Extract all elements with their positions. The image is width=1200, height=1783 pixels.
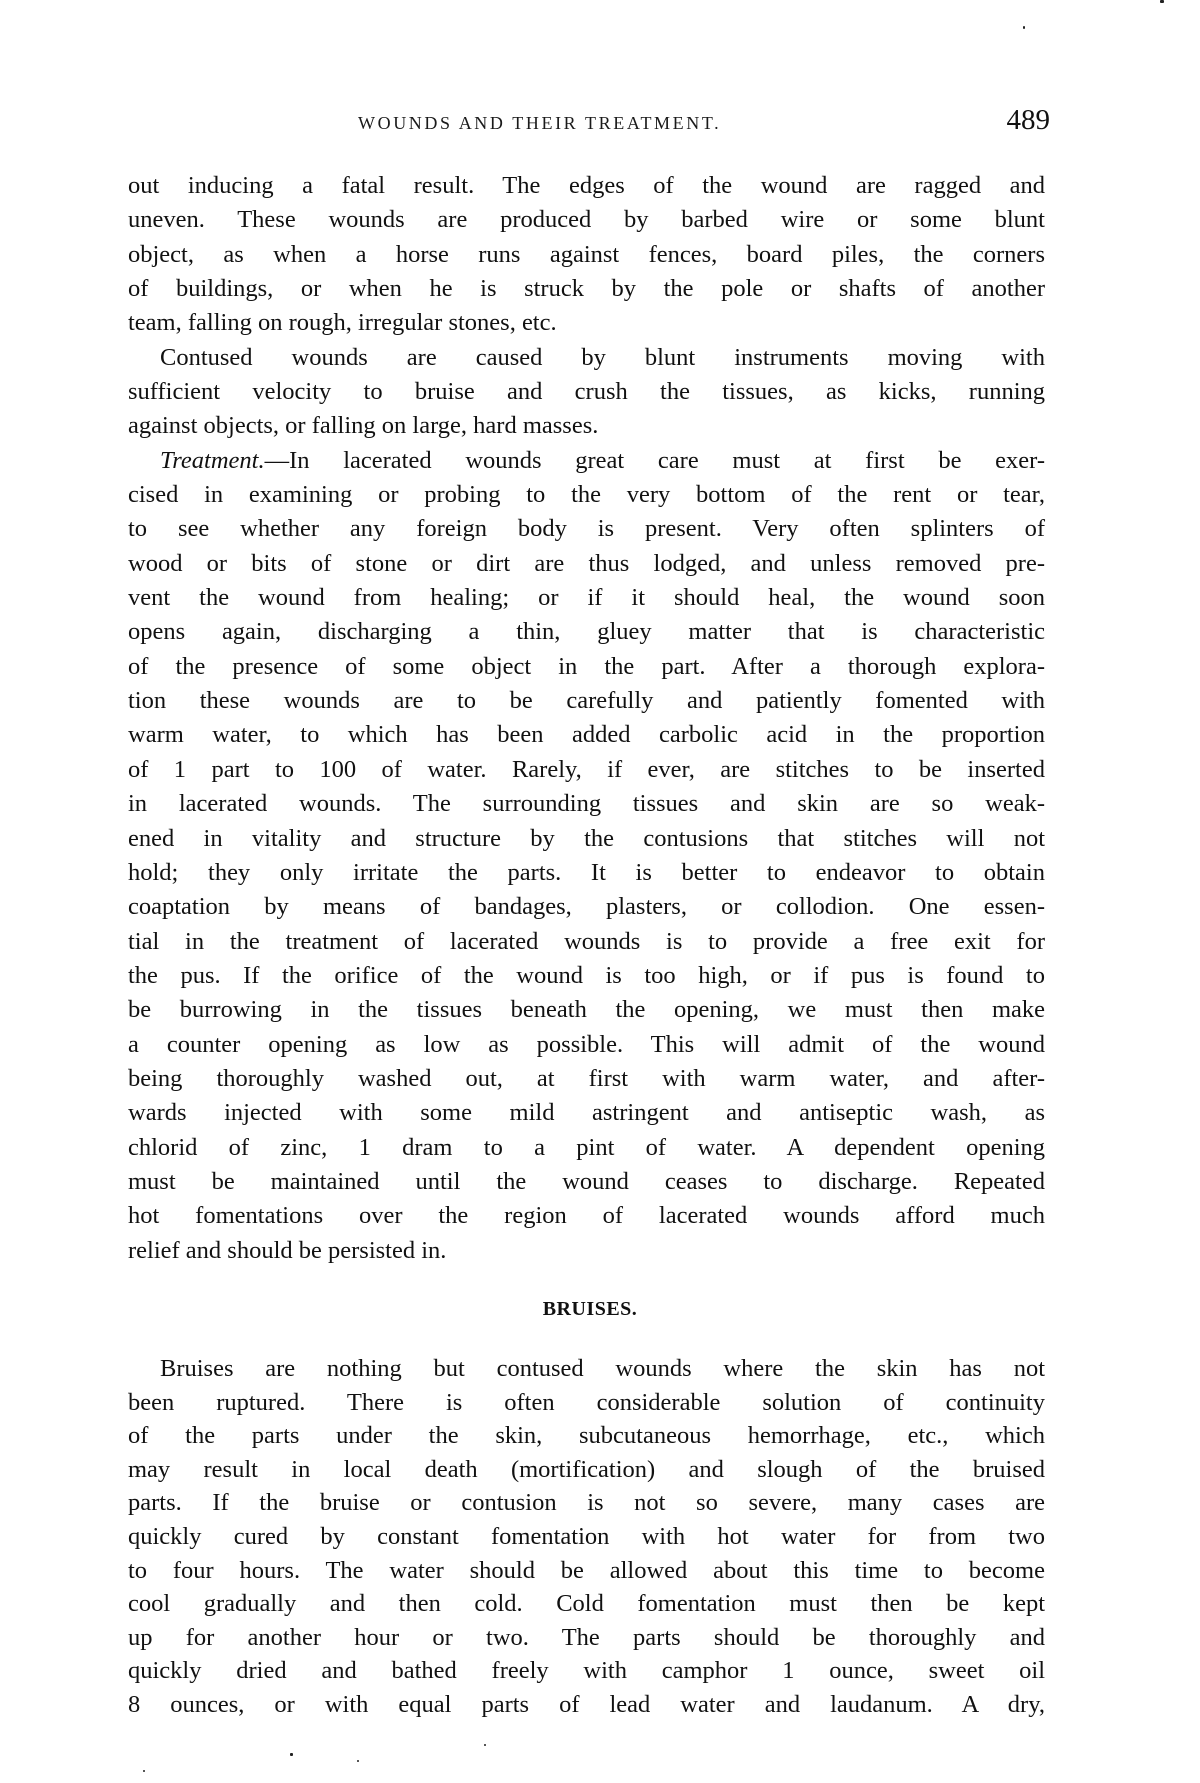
text-line: of buildings, or when he is struck by th… [128,272,1045,306]
text-line: cool gradually and then cold. Cold fomen… [128,1587,1045,1621]
text-line: uneven. These wounds are produced by bar… [128,203,1045,237]
scan-speck [143,1770,145,1772]
text-line: must be maintained until the wound cease… [128,1165,1045,1199]
section-heading-bruises: BRUISES. [500,1296,680,1322]
scan-speck [1160,0,1164,3]
treatment-italic-lead: Treatment. [160,447,265,474]
text-line: wards injected with some mild astringent… [128,1096,1045,1130]
text-line: out inducing a fatal result. The edges o… [128,169,1045,203]
text-line: quickly cured by constant fomentation wi… [128,1520,1045,1554]
text-line: 8 ounces, or with equal parts of lead wa… [128,1688,1045,1722]
text-line: tial in the treatment of lacerated wound… [128,925,1045,959]
text-line: up for another hour or two. The parts sh… [128,1621,1045,1655]
text-line: Bruises are nothing but contused wounds … [160,1352,1045,1386]
text-line: to four hours. The water should be allow… [128,1554,1045,1588]
text-line: of the parts under the skin, subcutaneou… [128,1419,1045,1453]
text-line: opens again, discharging a thin, gluey m… [128,615,1045,649]
running-header-title: Wounds and Their Treatment. [358,112,882,134]
scan-speck [290,1753,293,1756]
text-line: in lacerated wounds. The surrounding tis… [128,787,1045,821]
text-line: sufficient velocity to bruise and crush … [128,375,1045,409]
text-line-treatment: Treatment.—In lacerated wounds great car… [160,444,1045,478]
text-line: of 1 part to 100 of water. Rarely, if ev… [128,753,1045,787]
text-line: wood or bits of stone or dirt are thus l… [128,547,1045,581]
text-line: parts. If the bruise or contusion is not… [128,1486,1045,1520]
text-line: object, as when a horse runs against fen… [128,238,1045,272]
text-line: vent the wound from healing; or if it sh… [128,581,1045,615]
text-line: cised in examining or probing to the ver… [128,478,1045,512]
text-line: chlorid of zinc, 1 dram to a pint of wat… [128,1131,1045,1165]
text-line: to see whether any foreign body is prese… [128,512,1045,546]
text-line: hold; they only irritate the parts. It i… [128,856,1045,890]
text-line: been ruptured. There is often considerab… [128,1386,1045,1420]
text-line: against objects, or falling on large, ha… [128,409,1045,443]
text-line: of the presence of some object in the pa… [128,650,1045,684]
text-line: Contused wounds are caused by blunt inst… [160,341,1045,375]
scan-speck [1023,26,1025,29]
text-line: a counter opening as low as possible. Th… [128,1028,1045,1062]
text-line: the pus. If the orifice of the wound is … [128,959,1045,993]
text-line: tion these wounds are to be carefully an… [128,684,1045,718]
text-line: being thoroughly washed out, at first wi… [128,1062,1045,1096]
text-line: may result in local death (mortification… [128,1453,1045,1487]
text-line: be burrowing in the tissues beneath the … [128,993,1045,1027]
scan-speck [357,1760,359,1762]
text-line: team, falling on rough, irregular stones… [128,306,1045,340]
text-line: quickly dried and bathed freely with cam… [128,1654,1045,1688]
text-line: ened in vitality and structure by the co… [128,822,1045,856]
page-number: 489 [994,104,1050,136]
treatment-line-rest: —In lacerated wounds great care must at … [265,447,1045,474]
text-line: relief and should be persisted in. [128,1234,1045,1268]
scan-speck [484,1744,486,1746]
book-page: Wounds and Their Treatment. 489 out indu… [0,0,1200,1783]
text-line: warm water, to which has been added carb… [128,718,1045,752]
text-line: coaptation by means of bandages, plaster… [128,890,1045,924]
scan-speck [138,1470,140,1472]
text-line: hot fomentations over the region of lace… [128,1199,1045,1233]
